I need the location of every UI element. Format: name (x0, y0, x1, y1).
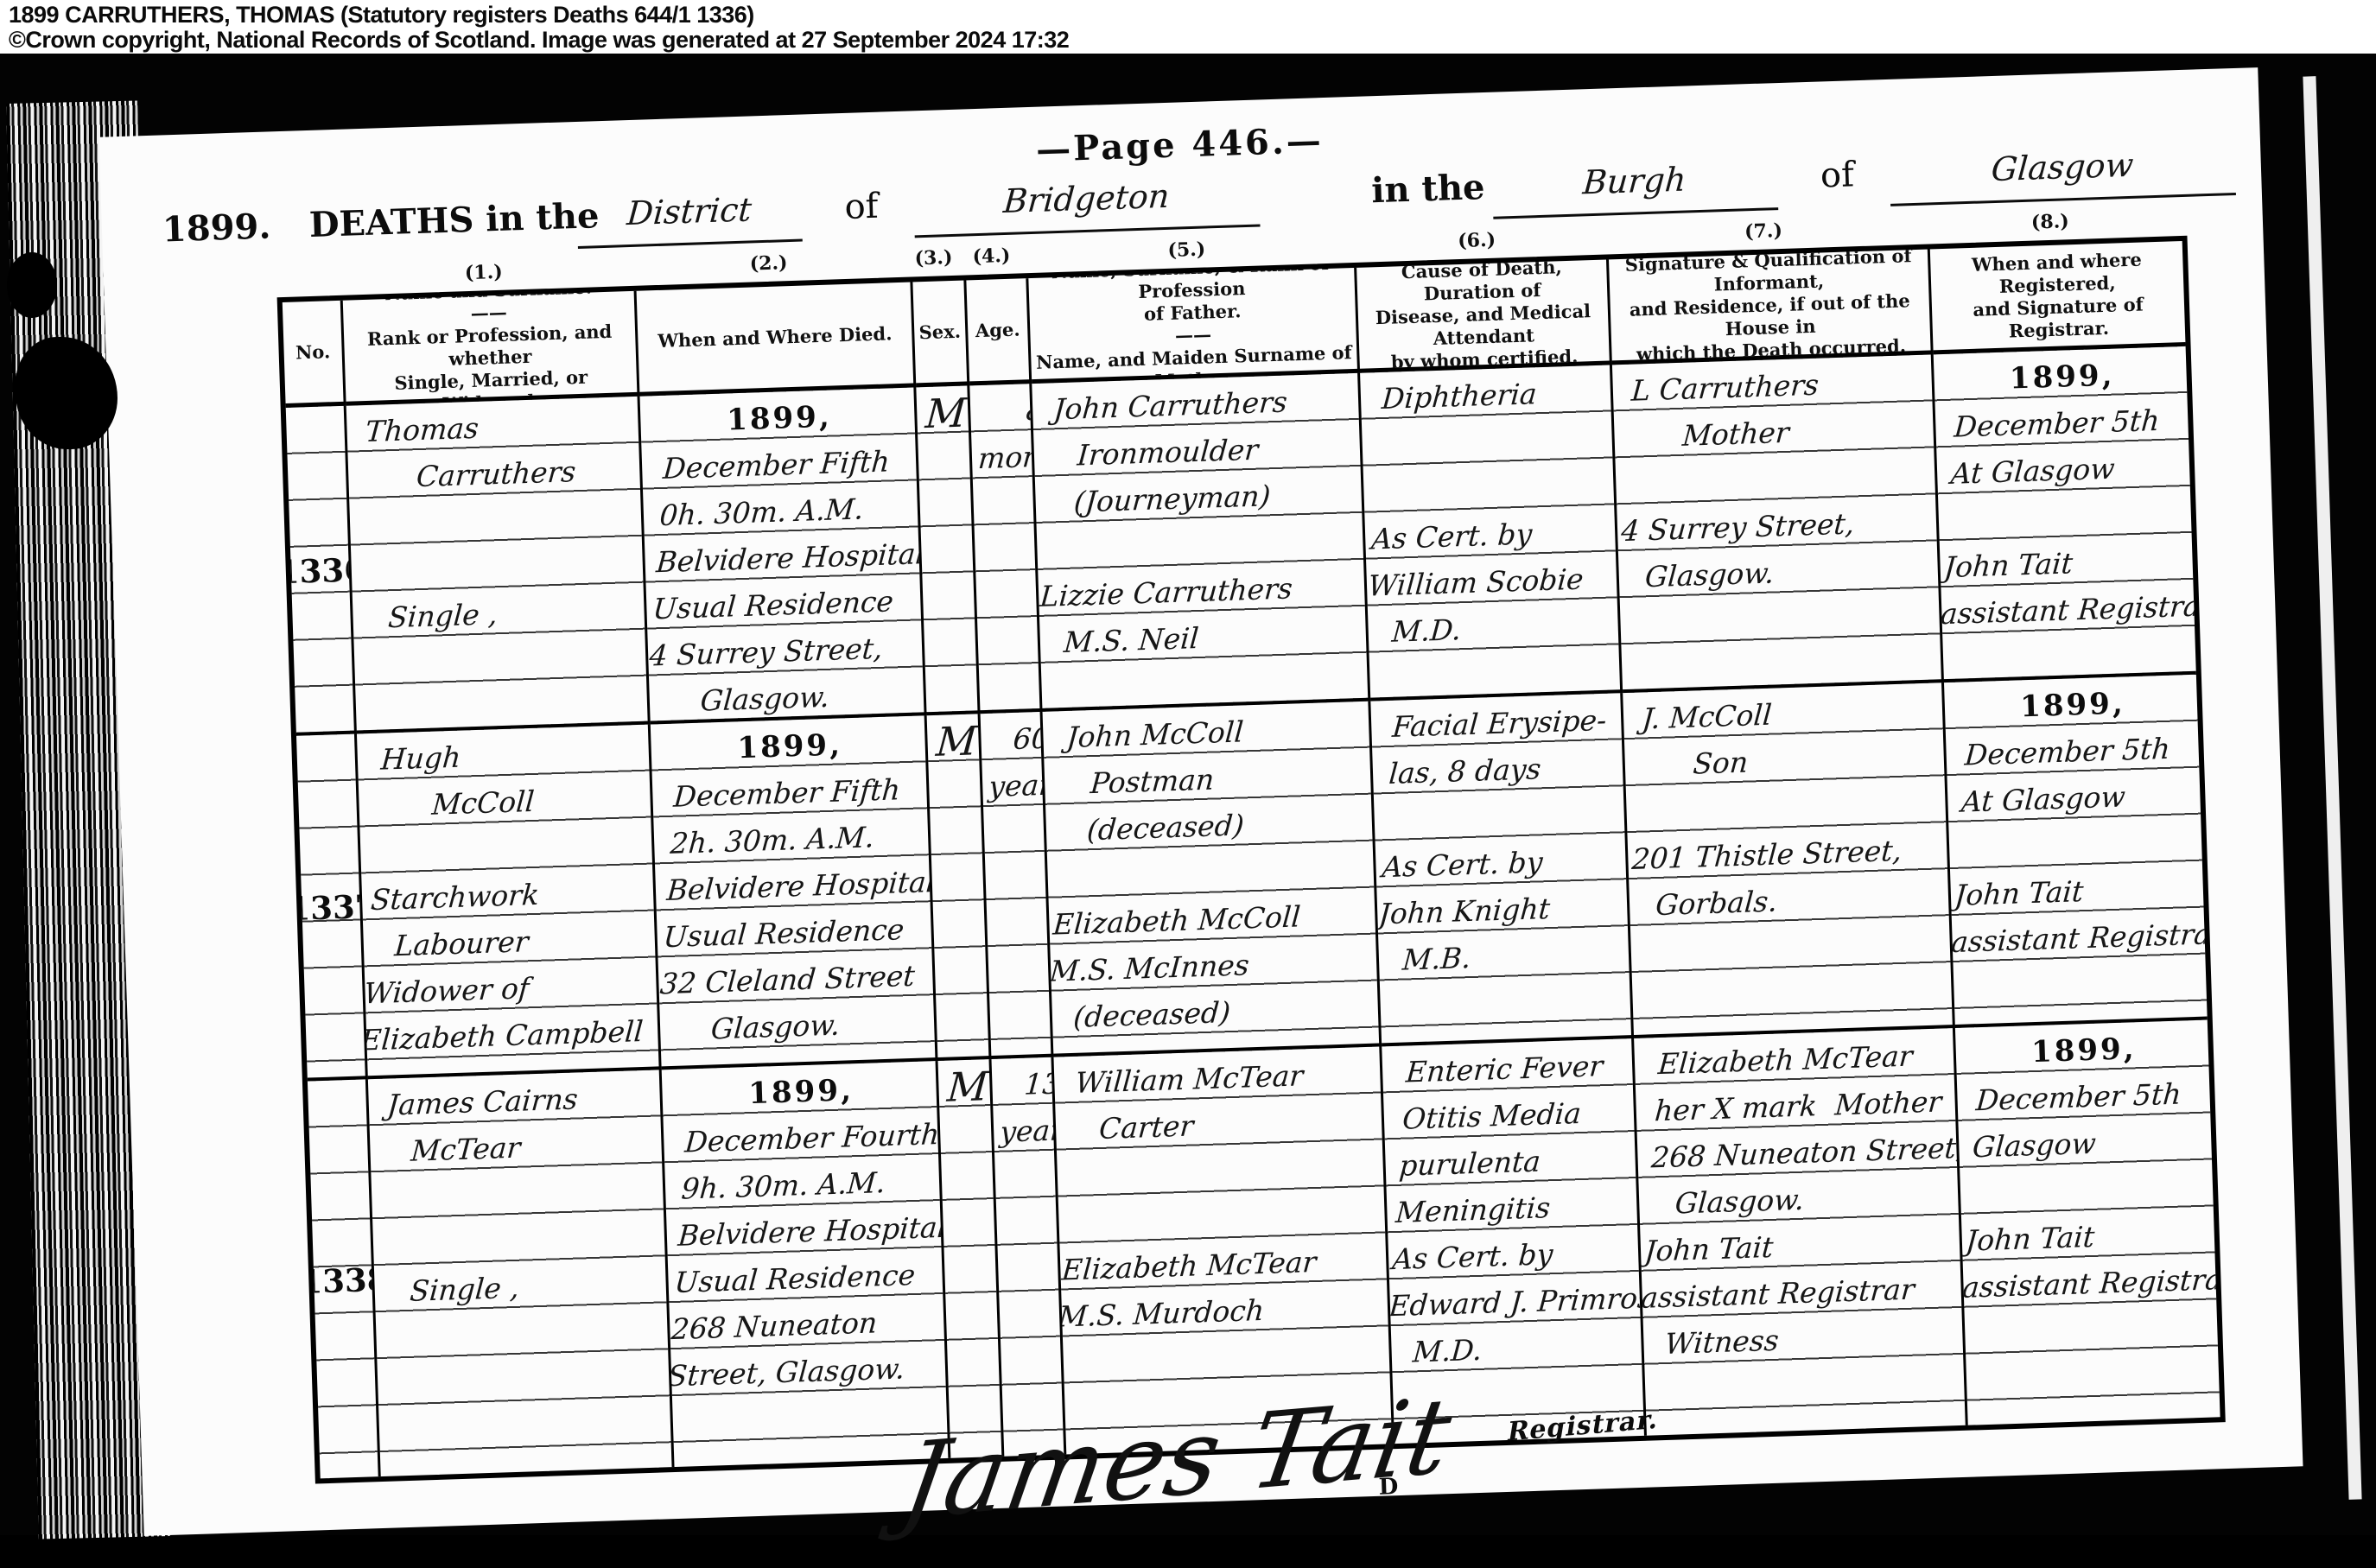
registrar-printed-label: Registrar. (1505, 1404, 1661, 1447)
title-in-the: in the (1371, 167, 1486, 211)
parents-cell: John McColl Postman (deceased) Elizabeth… (1043, 701, 1382, 1057)
colnum-4: (4.) (960, 244, 1023, 275)
died-text: December Fifth 2h. 30m. A.M. Belvidere H… (655, 765, 937, 1055)
name-text: Hugh McColl Starchwork Labourer Widower … (359, 727, 661, 1064)
cause-cell: Diphtheria As Cert. by William Scobie M.… (1360, 365, 1623, 701)
burgh-name-blank: Glasgow (1889, 143, 2236, 206)
informant-text: J. McColl Son 201 Thistle Street, Gorbal… (1627, 687, 1914, 930)
header-name-surname: Name and Surname. —— Rank or Profession,… (343, 291, 640, 406)
burgh-blank: Burgh (1491, 157, 1778, 219)
cause-text: Facial Erysipe- las, 8 days As Cert. by … (1374, 697, 1608, 985)
name-cell: Hugh McColl Starchwork Labourer Widower … (357, 725, 662, 1080)
colnum-3: (3.) (906, 246, 961, 277)
sex-text: M (924, 389, 968, 437)
name-text: Thomas Carruthers Single , (350, 402, 581, 643)
burgh-name: Glasgow (1990, 146, 2135, 188)
registered-year: 1899, (1942, 350, 2182, 404)
cause-cell: Facial Erysipe- las, 8 days As Cert. by … (1370, 693, 1634, 1046)
parents-text: John McColl Postman (deceased) Elizabeth… (1045, 707, 1316, 1042)
district-blank: District (576, 189, 803, 249)
name-text: James Cairns McTear Single , (372, 1076, 580, 1316)
registered-text: December 5th At Glasgow John Tait assist… (1939, 395, 2196, 638)
header-informant: Signature & Qualification of Informant, … (1609, 249, 1934, 365)
header-registered: When and where Registered, and Signature… (1930, 241, 2186, 354)
burgh-word: Burgh (1582, 160, 1688, 201)
parents-text: William McTear Carter Elizabeth McTear M… (1057, 1051, 1331, 1340)
died-cell: 1899,December Fifth 0h. 30m. A.M. Belvid… (640, 387, 927, 724)
name-cell: James Cairns McTear Single , (368, 1070, 675, 1476)
register-page: —Page 446.— 1899. DEATHS in the District… (99, 67, 2303, 1535)
registered-year: 1899, (1953, 678, 2193, 733)
informant-text: L Carruthers Mother 4 Surrey Street, Gla… (1617, 360, 1867, 601)
died-year: 1899, (659, 719, 921, 774)
informant-text: Elizabeth McTear her X mark Mother 268 N… (1636, 1031, 1968, 1368)
district-name: Bridgeton (1002, 177, 1171, 220)
viewer-header-bar: 1899 CARRUTHERS, THOMAS (Statutory regis… (0, 0, 2376, 54)
entry-number: 1336 (286, 406, 357, 736)
colnum-spacer (276, 266, 337, 297)
deaths-register-table: No. Name and Surname. —— Rank or Profess… (277, 236, 2226, 1484)
parents-text: John Carruthers Ironmoulder (Journeyman)… (1035, 378, 1308, 667)
ink-smudge (7, 252, 57, 318)
informant-cell: L Carruthers Mother 4 Surrey Street, Gla… (1612, 354, 1944, 693)
age-cell: 60 years (981, 712, 1054, 1059)
age-cell: 8 months (969, 384, 1042, 714)
cause-text: Diphtheria As Cert. by William Scobie M.… (1363, 369, 1599, 657)
registered-year: 1899, (1964, 1024, 2204, 1078)
title-of-2: of (1820, 155, 1854, 195)
header-no: No. (283, 301, 346, 408)
registered-text: December 5th At Glasgow John Tait assist… (1949, 723, 2207, 966)
title-deaths: DEATHS in the (308, 195, 600, 245)
registered-cell: 1899,December 5th At Glasgow John Tait a… (1944, 675, 2208, 1028)
name-cell: Thomas Carruthers Single , (346, 397, 651, 734)
cause-text: Enteric Fever Otitis Media purulenta Men… (1384, 1040, 1647, 1377)
registered-text: December 5th Glasgow John Tait assistant… (1960, 1069, 2220, 1311)
district-name-blank: Bridgeton (913, 174, 1261, 238)
title-of-1: of (844, 187, 879, 227)
header-cause-of-death: Cause of Death, Duration of Disease, and… (1356, 259, 1612, 372)
record-title: 1899 CARRUTHERS, THOMAS (Statutory regis… (9, 2, 754, 29)
header-parents: Name, Surname, & Rank or Profession of F… (1028, 268, 1360, 384)
header-age: Age. (966, 278, 1032, 385)
died-text: December Fifth 0h. 30m. A.M. Belvidere H… (645, 437, 927, 725)
registered-cell: 1899,December 5th At Glasgow John Tait a… (1934, 346, 2196, 682)
entry-number: 1337 (296, 734, 368, 1082)
died-text: December Fourth 9h. 30m. A.M. Belvidere … (666, 1110, 950, 1400)
died-year: 1899, (670, 1064, 932, 1120)
copyright-line: ©Crown copyright, National Records of Sc… (9, 27, 1069, 54)
header-sex: Sex. (912, 280, 969, 387)
title-year: 1899. (162, 206, 271, 250)
informant-cell: J. McColl Son 201 Thistle Street, Gorbal… (1623, 682, 1955, 1038)
died-cell: 1899,December Fourth 9h. 30m. A.M. Belvi… (662, 1061, 951, 1467)
sex-text: M (935, 717, 979, 765)
parents-cell: John Carruthers Ironmoulder (Journeyman)… (1032, 373, 1370, 712)
sex-text: M (946, 1063, 990, 1111)
header-when-where-died: When and Where Died. (637, 282, 917, 396)
died-cell: 1899,December Fifth 2h. 30m. A.M. Belvid… (651, 715, 938, 1070)
died-year: 1899, (649, 391, 911, 447)
district-word: District (626, 190, 753, 232)
